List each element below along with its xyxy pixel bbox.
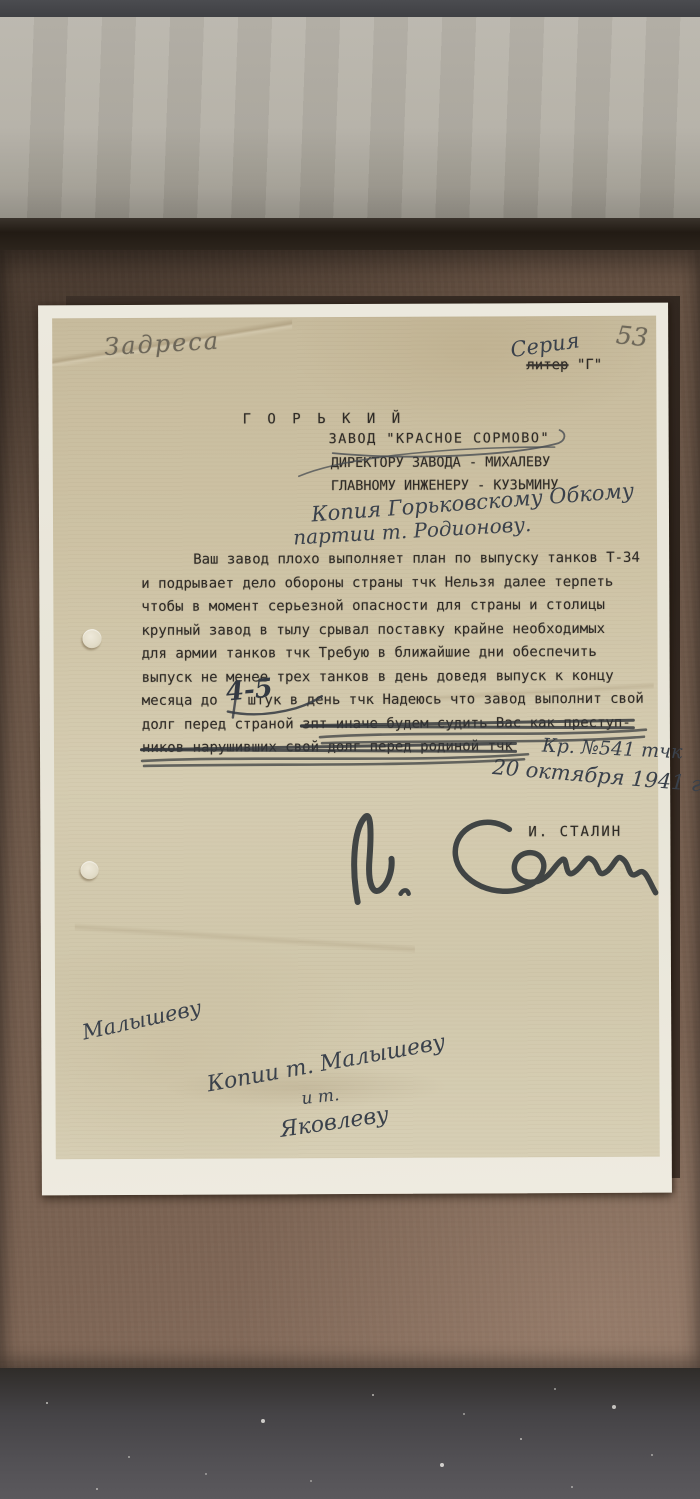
museum-photo-frame: Задреса 53 Серия литер "Г" Г О Р Ь К И Й… (0, 0, 700, 1499)
body-line: выпуск не менее трех танков в день довед… (142, 664, 658, 690)
struck-text: зпт иначе будем судить Вас как преступ- (302, 711, 631, 736)
handwritten-correction: 4-5 (224, 673, 274, 707)
note-copies-line2: и т. (301, 1085, 341, 1109)
body-line: крупный завод в тылу срывал поставку кра… (141, 617, 657, 643)
body-paragraph: Ваш завод плохо выполняет план по выпуск… (141, 547, 658, 761)
body-line-corrected: месяца доштук в день тчк Надеюсь что зав… (142, 688, 658, 714)
body-line: и подрывает дело обороны страны тчк Нель… (141, 570, 657, 596)
header-director: ДИРЕКТОРУ ЗАВОДА - МИХАЛЕВУ (331, 454, 551, 471)
case-top-edge (0, 0, 700, 17)
note-yakovlev: Яковлеву (278, 1102, 390, 1142)
body-line7-pre: месяца до (142, 693, 218, 709)
body-line: чтобы в момент серьезной опасности для с… (141, 594, 657, 620)
liter-typed: литер "Г" (526, 357, 602, 373)
struck-text: ников нарушивших свой долг перед родиной… (142, 735, 513, 760)
header-city: Г О Р Ь К И Й (243, 411, 405, 428)
dust-specks (0, 1368, 2, 1370)
body-line8-normal: долг перед страной (142, 716, 294, 733)
hole-punch-bottom (80, 861, 98, 879)
paper-crease (75, 917, 415, 958)
body-line-struck: долг перед страной зпт иначе будем судит… (142, 711, 658, 737)
case-bottom-surface (0, 1368, 700, 1499)
case-light-band (0, 17, 700, 218)
hole-punch-top (82, 629, 101, 648)
note-malyshev: Малышеву (80, 995, 204, 1044)
document-page: Задреса 53 Серия литер "Г" Г О Р Ь К И Й… (52, 316, 660, 1160)
liter-letter: "Г" (577, 357, 602, 373)
ref-number-note: Кр. №541 тчк (542, 735, 683, 764)
body-line: Ваш завод плохо выполняет план по выпуск… (141, 547, 657, 573)
header-factory: ЗАВОД "КРАСНОЕ СОРМОВО" (329, 430, 551, 447)
pencil-note-top-left: Задреса (104, 327, 221, 362)
page-number: 53 (615, 320, 650, 352)
typed-signature-name: И. СТАЛИН (528, 824, 622, 840)
liter-struck-word: литер (526, 357, 568, 373)
case-ledge-shadow (0, 218, 700, 250)
body-line7-post: штук в день тчк Надеюсь что завод выполн… (248, 691, 644, 709)
body-line: для армии танков тчк Требую в ближайшие … (142, 641, 658, 667)
paper-sheet: Задреса 53 Серия литер "Г" Г О Р Ь К И Й… (38, 303, 672, 1196)
